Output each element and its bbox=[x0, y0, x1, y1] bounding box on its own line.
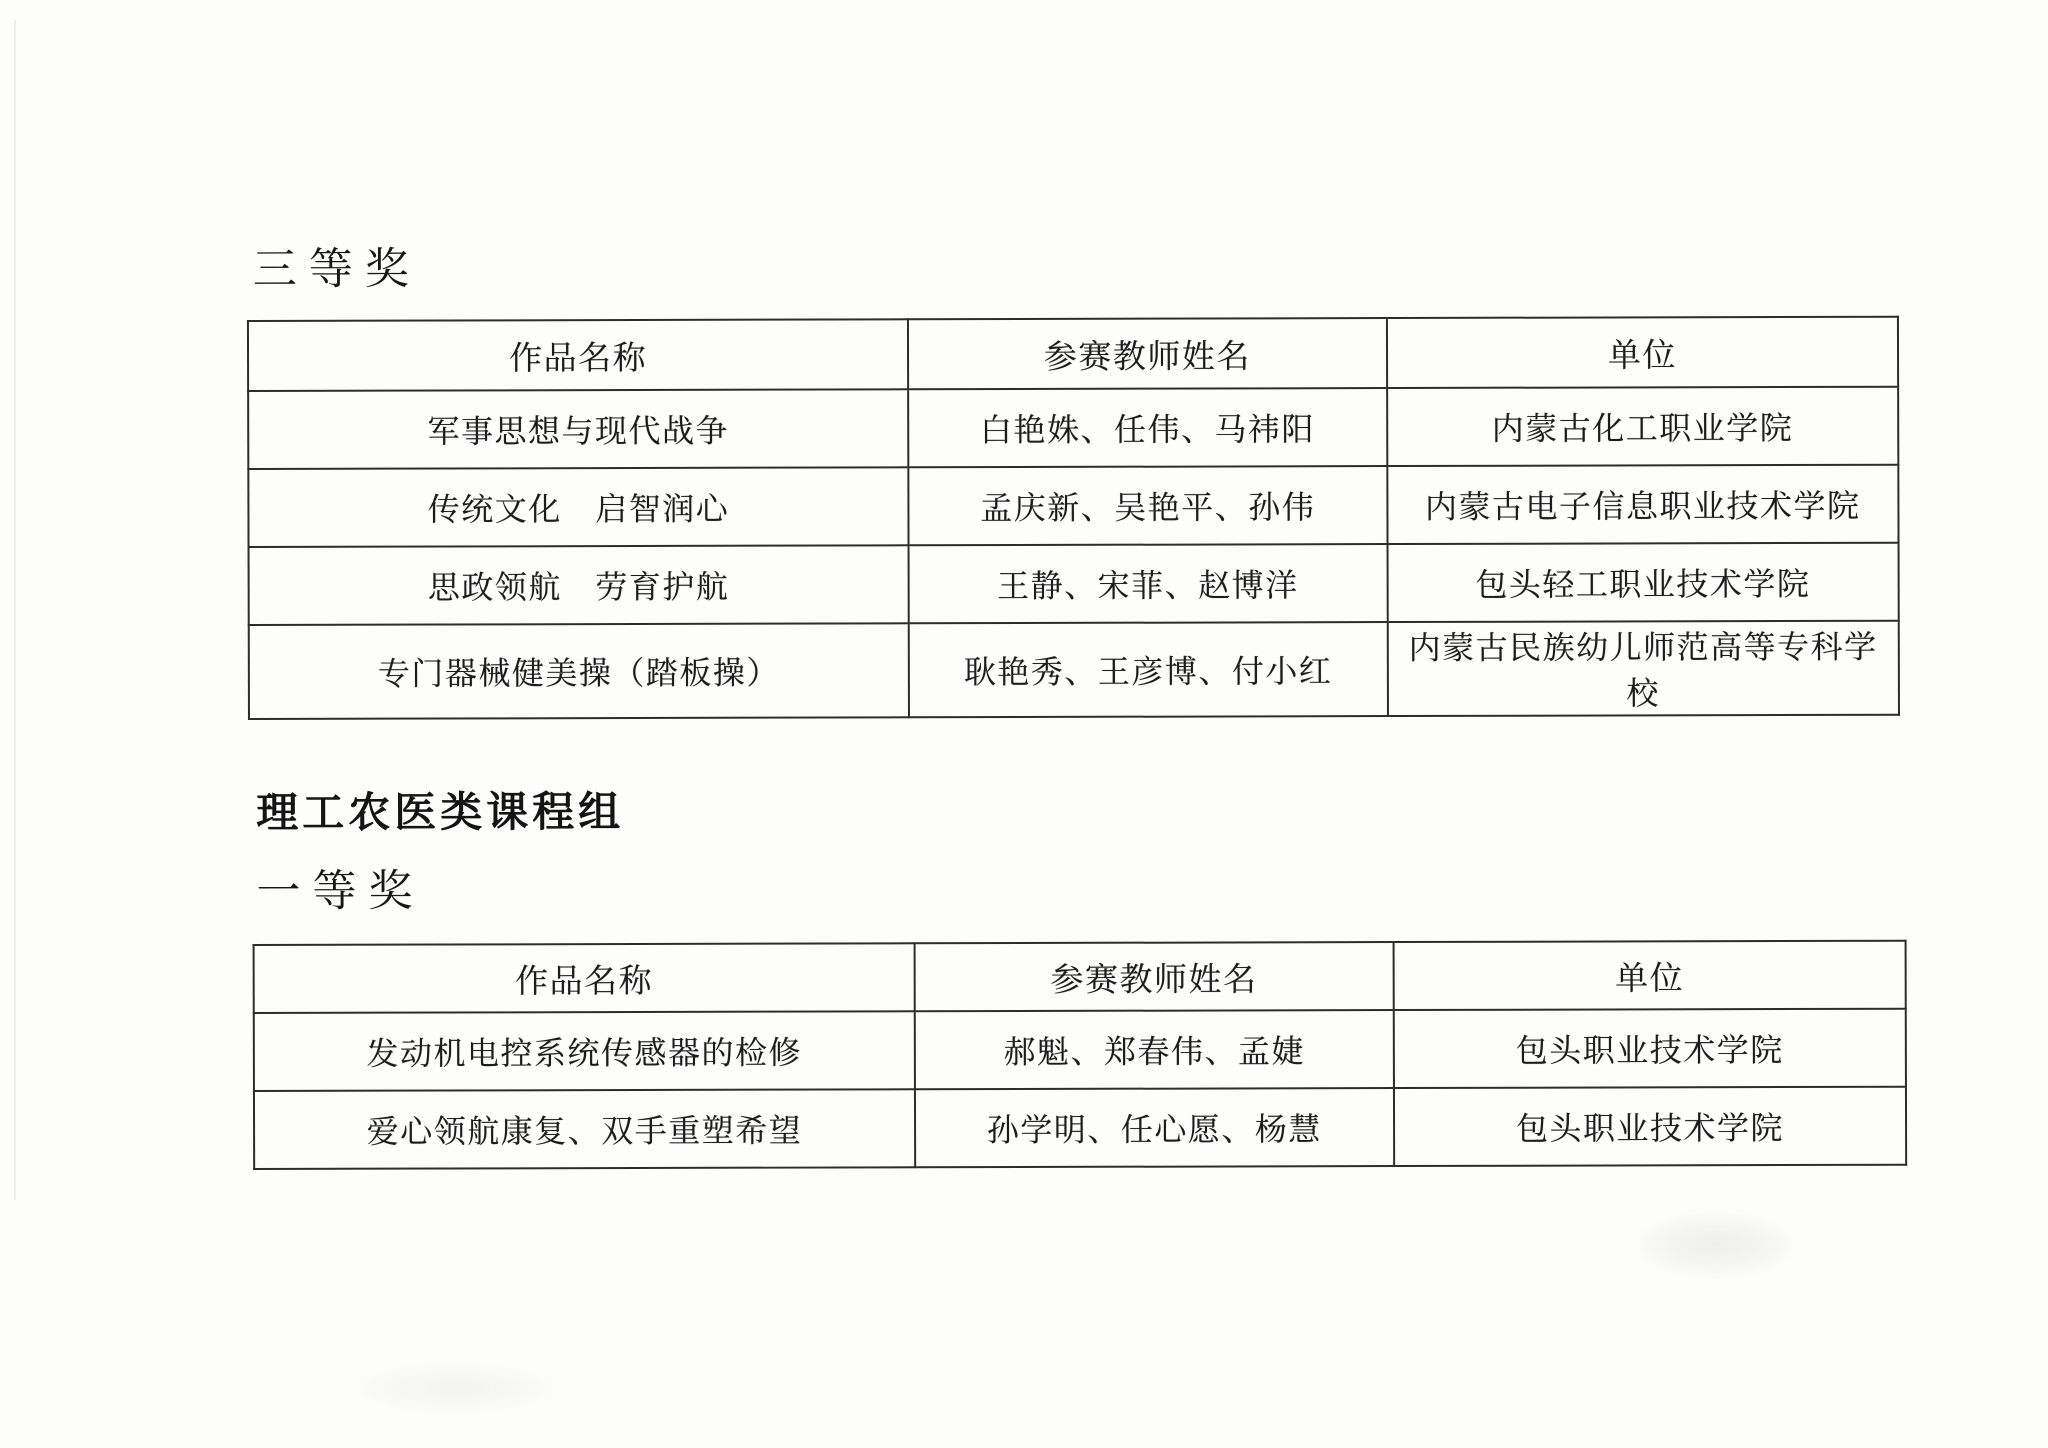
cell-teacher-names: 白艳姝、任伟、马祎阳 bbox=[908, 388, 1387, 467]
table-header-row: 作品名称 参赛教师姓名 单位 bbox=[248, 317, 1898, 391]
table-row: 军事思想与现代战争 白艳姝、任伟、马祎阳 内蒙古化工职业学院 bbox=[248, 387, 1898, 469]
cell-teacher-names: 孙学明、任心愿、杨慧 bbox=[915, 1088, 1394, 1167]
third-prize-table: 作品名称 参赛教师姓名 单位 军事思想与现代战争 白艳姝、任伟、马祎阳 内蒙古化… bbox=[247, 316, 1900, 720]
cell-unit: 包头职业技术学院 bbox=[1394, 1087, 1906, 1166]
table-row: 发动机电控系统传感器的检修 郝魁、郑春伟、孟婕 包头职业技术学院 bbox=[254, 1009, 1906, 1091]
cell-teacher-names: 王静、宋菲、赵博洋 bbox=[909, 544, 1388, 623]
table-row: 专门器械健美操（踏板操） 耿艳秀、王彦博、付小红 内蒙古民族幼儿师范高等专科学校 bbox=[249, 621, 1899, 719]
column-header-teacher-names: 参赛教师姓名 bbox=[914, 942, 1393, 1011]
first-prize-heading: 一等奖 bbox=[256, 870, 424, 914]
cell-unit: 内蒙古民族幼儿师范高等专科学校 bbox=[1387, 621, 1899, 716]
table-row: 爱心领航康复、双手重塑希望 孙学明、任心愿、杨慧 包头职业技术学院 bbox=[254, 1087, 1906, 1169]
table-row: 传统文化 启智润心 孟庆新、吴艳平、孙伟 内蒙古电子信息职业技术学院 bbox=[248, 465, 1898, 547]
cell-work-title: 专门器械健美操（踏板操） bbox=[249, 623, 909, 719]
cell-unit: 内蒙古电子信息职业技术学院 bbox=[1387, 465, 1899, 544]
column-header-work-title: 作品名称 bbox=[254, 943, 915, 1013]
scan-edge-artifact bbox=[14, 20, 16, 1200]
cell-unit: 包头轻工职业技术学院 bbox=[1387, 543, 1899, 622]
course-group-heading: 理工农医类课程组 bbox=[256, 791, 624, 834]
cell-teacher-names: 孟庆新、吴艳平、孙伟 bbox=[908, 466, 1387, 545]
cell-work-title: 思政领航 劳育护航 bbox=[249, 545, 909, 625]
cell-unit: 内蒙古化工职业学院 bbox=[1387, 387, 1899, 466]
cell-work-title: 爱心领航康复、双手重塑希望 bbox=[254, 1089, 915, 1169]
scanned-document-page: 三等奖 作品名称 参赛教师姓名 单位 军事思想与现代战争 白艳姝、任伟、马祎阳 … bbox=[0, 0, 2048, 1448]
cell-work-title: 传统文化 启智润心 bbox=[248, 467, 908, 547]
cell-teacher-names: 耿艳秀、王彦博、付小红 bbox=[909, 622, 1388, 717]
cell-work-title: 军事思想与现代战争 bbox=[248, 389, 908, 469]
cell-unit: 包头职业技术学院 bbox=[1394, 1009, 1906, 1088]
cell-work-title: 发动机电控系统传感器的检修 bbox=[254, 1011, 915, 1091]
first-prize-table: 作品名称 参赛教师姓名 单位 发动机电控系统传感器的检修 郝魁、郑春伟、孟婕 包… bbox=[253, 940, 1908, 1170]
column-header-teacher-names: 参赛教师姓名 bbox=[908, 318, 1387, 389]
cell-teacher-names: 郝魁、郑春伟、孟婕 bbox=[915, 1010, 1394, 1089]
table-row: 思政领航 劳育护航 王静、宋菲、赵博洋 包头轻工职业技术学院 bbox=[249, 543, 1899, 625]
column-header-work-title: 作品名称 bbox=[248, 319, 908, 391]
column-header-unit: 单位 bbox=[1386, 317, 1898, 388]
scan-smudge bbox=[1640, 1215, 1790, 1275]
scan-smudge bbox=[360, 1365, 550, 1411]
third-prize-heading: 三等奖 bbox=[253, 248, 421, 292]
table-header-row: 作品名称 参赛教师姓名 单位 bbox=[254, 941, 1906, 1013]
column-header-unit: 单位 bbox=[1393, 941, 1905, 1010]
